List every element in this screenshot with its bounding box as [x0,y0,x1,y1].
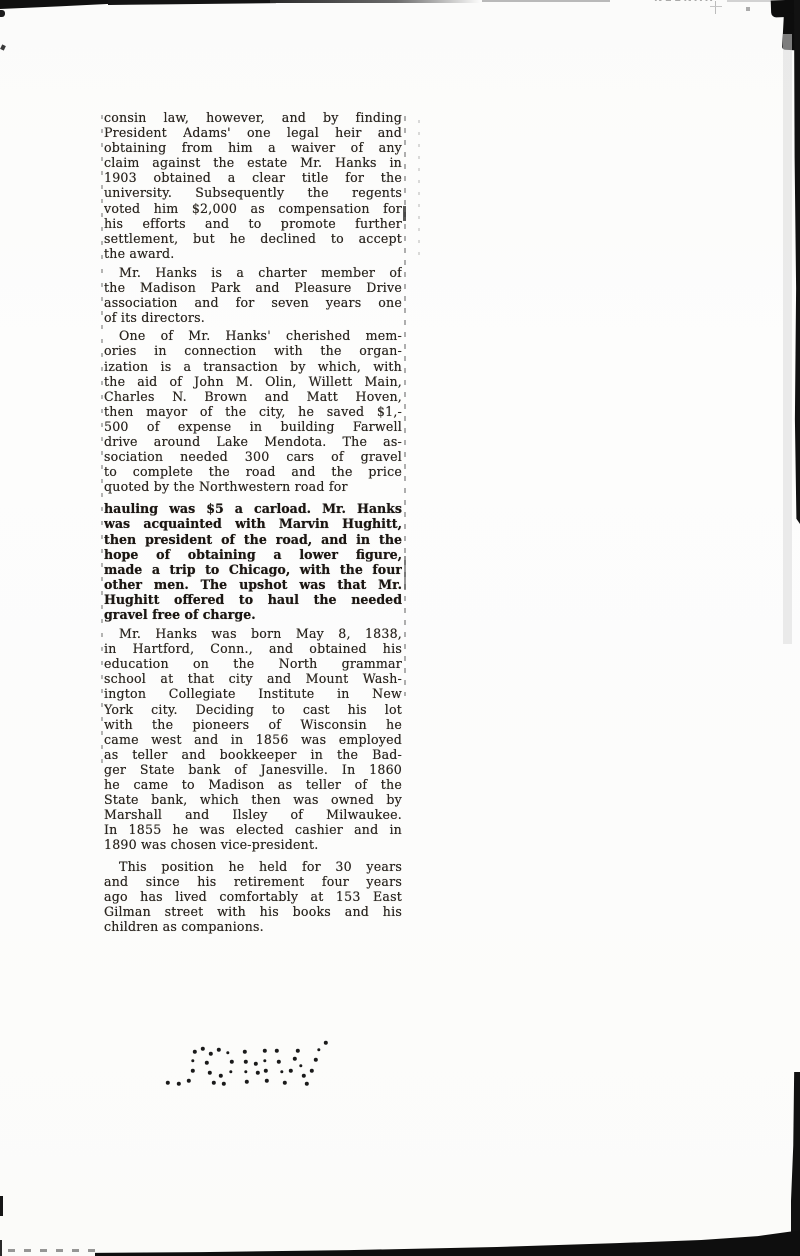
text-line: quoted by the Northwestern road for [104,479,402,494]
stamp-dot [299,1064,302,1067]
text-line: of its directors. [104,310,402,325]
text-line: Mr. Hanks was born May 8, 1838, [104,626,402,641]
cropped-header-text: NEENAH [654,0,749,6]
text-line: In 1855 he was elected cashier and in [104,822,402,837]
text-line: and since his retirement four years [104,874,402,889]
clipping-edge-mark [403,206,406,221]
scan-artifact-left-nick [0,44,6,50]
scan-artifact-bottom-edge [8,1249,100,1252]
scan-artifact-top-edge [270,0,480,3]
text-line: obtaining from him a waiver of any [104,140,402,155]
text-line: with the pioneers of Wisconsin he [104,717,402,732]
scan-artifact-left-edge [0,1240,2,1256]
text-line: State bank, which then was owned by [104,792,402,807]
text-line: York city. Deciding to cast his lot [104,702,402,717]
text-line: education on the North grammar [104,656,402,671]
stamp-dot [254,1062,258,1066]
stamp-dot [302,1074,306,1078]
scan-artifact-right-shadow [783,34,792,644]
text-line: Marshall and Ilsley of Milwaukee. [104,807,402,822]
cropped-header-label: NEENAH [654,0,749,4]
stamp-dot [296,1049,300,1053]
stamp-dot [229,1070,232,1073]
text-line: came west and in 1856 was employed [104,732,402,747]
scan-artifact-top-edge [0,0,112,9]
stamp-dot [193,1050,197,1054]
text-line: ington Collegiate Institute in New [104,686,402,701]
text-line: children as companions. [104,919,402,934]
text-line: other men. The upshot was that Mr. [104,577,402,592]
stamp-dot [283,1081,287,1085]
text-line: Mr. Hanks is a charter member of [104,265,402,280]
text-line: then president of the road, and in the [104,532,402,547]
stamp-dot [305,1082,309,1086]
stamp-dot [243,1050,247,1054]
scan-artifact-left-nick [0,10,5,17]
text-line: made a trip to Chicago, with the four [104,562,402,577]
text-line: Gilman street with his books and his [104,904,402,919]
text-line: ger State bank of Janesville. In 1860 [104,762,402,777]
stamp-dot [219,1074,223,1078]
stamp-dot [317,1048,320,1051]
text-line: voted him $2,000 as compensation for [104,201,402,216]
stamp-dot [217,1048,221,1052]
scan-artifact-corner-blob [771,0,800,18]
text-line: the aid of John M. Olin, Willett Main, [104,374,402,389]
article-paragraph: One of Mr. Hanks' cherished mem-ories in… [104,328,402,494]
text-line: the award. [104,246,402,261]
stamp-dot [324,1041,328,1045]
scan-speck [746,7,750,11]
text-line: association and for seven years one [104,295,402,310]
clipping-edge-left [101,115,103,765]
clipping-edge-mark [404,556,406,590]
text-line: This position he held for 30 years [104,859,402,874]
stamp-dot [256,1071,260,1075]
stamp-dot [244,1060,248,1064]
stamp-dot [205,1061,209,1065]
scan-artifact-top-edge [482,0,610,2]
stamp-dot [226,1051,229,1054]
text-line: school at that city and Mount Wash- [104,671,402,686]
newspaper-clipping-article: consin law, however, and by findingPresi… [104,110,402,934]
stamp-dot [310,1069,314,1073]
stamp-dot [177,1082,181,1086]
text-line: 1890 was chosen vice-president. [104,837,402,852]
stamp-dot [275,1049,279,1053]
text-line: Hughitt offered to haul the needed [104,592,402,607]
text-line: ories in connection with the organ- [104,343,402,358]
stamp-dot [191,1069,195,1073]
stamp-dot [201,1047,205,1051]
text-line: hauling was $5 a carload. Mr. Hanks [104,501,402,516]
stamp-dot [264,1069,268,1073]
stamp-dot [280,1070,283,1073]
article-paragraph: consin law, however, and by findingPresi… [104,110,402,261]
stamp-dot [222,1082,226,1086]
stamp-dot [191,1059,194,1062]
scan-artifact-top-edge [108,0,276,5]
text-line: in Hartford, Conn., and obtained his [104,641,402,656]
text-line: as teller and bookkeeper in the Bad- [104,747,402,762]
article-paragraph: hauling was $5 a carload. Mr. Hankswas a… [104,501,402,622]
scanned-page: NEENAH consin law, however, and by findi… [0,0,800,1256]
text-line: 1903 obtained a clear title for the [104,170,402,185]
stamp-dot [289,1069,293,1073]
stamp-dot [209,1052,213,1056]
stamp-dot [277,1060,281,1064]
article-paragraph: This position he held for 30 yearsand si… [104,859,402,934]
stamp-dot [293,1057,297,1061]
text-line: the Madison Park and Pleasure Drive [104,280,402,295]
clipping-edge-right [404,116,406,696]
stamp-dot [230,1060,234,1064]
stamp-dot [208,1071,212,1075]
text-line: ago has lived comfortably at 153 East [104,889,402,904]
text-line: consin law, however, and by finding [104,110,402,125]
stamp-dot [314,1058,318,1062]
clipping-edge-right [418,120,420,260]
text-line: was acquainted with Marvin Hughitt, [104,516,402,531]
scan-artifact-right-edge [794,0,800,524]
text-line: hope of obtaining a lower figure, [104,547,402,562]
text-line: his efforts and to promote further [104,216,402,231]
scan-artifact-right-edge [791,1072,800,1256]
article-paragraph: Mr. Hanks was born May 8, 1838,in Hartfo… [104,626,402,852]
text-line: then mayor of the city, he saved $1,- [104,404,402,419]
text-line: ization is a transaction by which, with [104,359,402,374]
text-line: to complete the road and the price [104,464,402,479]
stamp-dot [166,1081,170,1085]
text-line: settlement, but he declined to accept [104,231,402,246]
stamp-dot [263,1049,267,1053]
text-line: gravel free of charge. [104,607,402,622]
scan-artifact-corner-blob [782,13,799,51]
text-line: Charles N. Brown and Matt Hoven, [104,389,402,404]
text-line: One of Mr. Hanks' cherished mem- [104,328,402,343]
article-paragraph: Mr. Hanks is a charter member ofthe Madi… [104,265,402,325]
text-line: he came to Madison as teller of the [104,777,402,792]
stamp-dot [187,1079,191,1083]
text-line: university. Subsequently the regents [104,185,402,200]
text-line: President Adams' one legal heir and [104,125,402,140]
text-line: sociation needed 300 cars of gravel [104,449,402,464]
stamp-dot [245,1080,249,1084]
text-line: 500 of expense in building Farwell [104,419,402,434]
stamp-dot [244,1070,247,1073]
scan-artifact-left-edge [0,1196,3,1216]
stamp-dot [212,1081,216,1085]
text-line: claim against the estate Mr. Hanks in [104,155,402,170]
text-line: drive around Lake Mendota. The as- [104,434,402,449]
scan-artifact-bottom-edge [95,1228,800,1256]
stamp-dot [263,1059,266,1062]
stamp-dot [265,1079,269,1083]
